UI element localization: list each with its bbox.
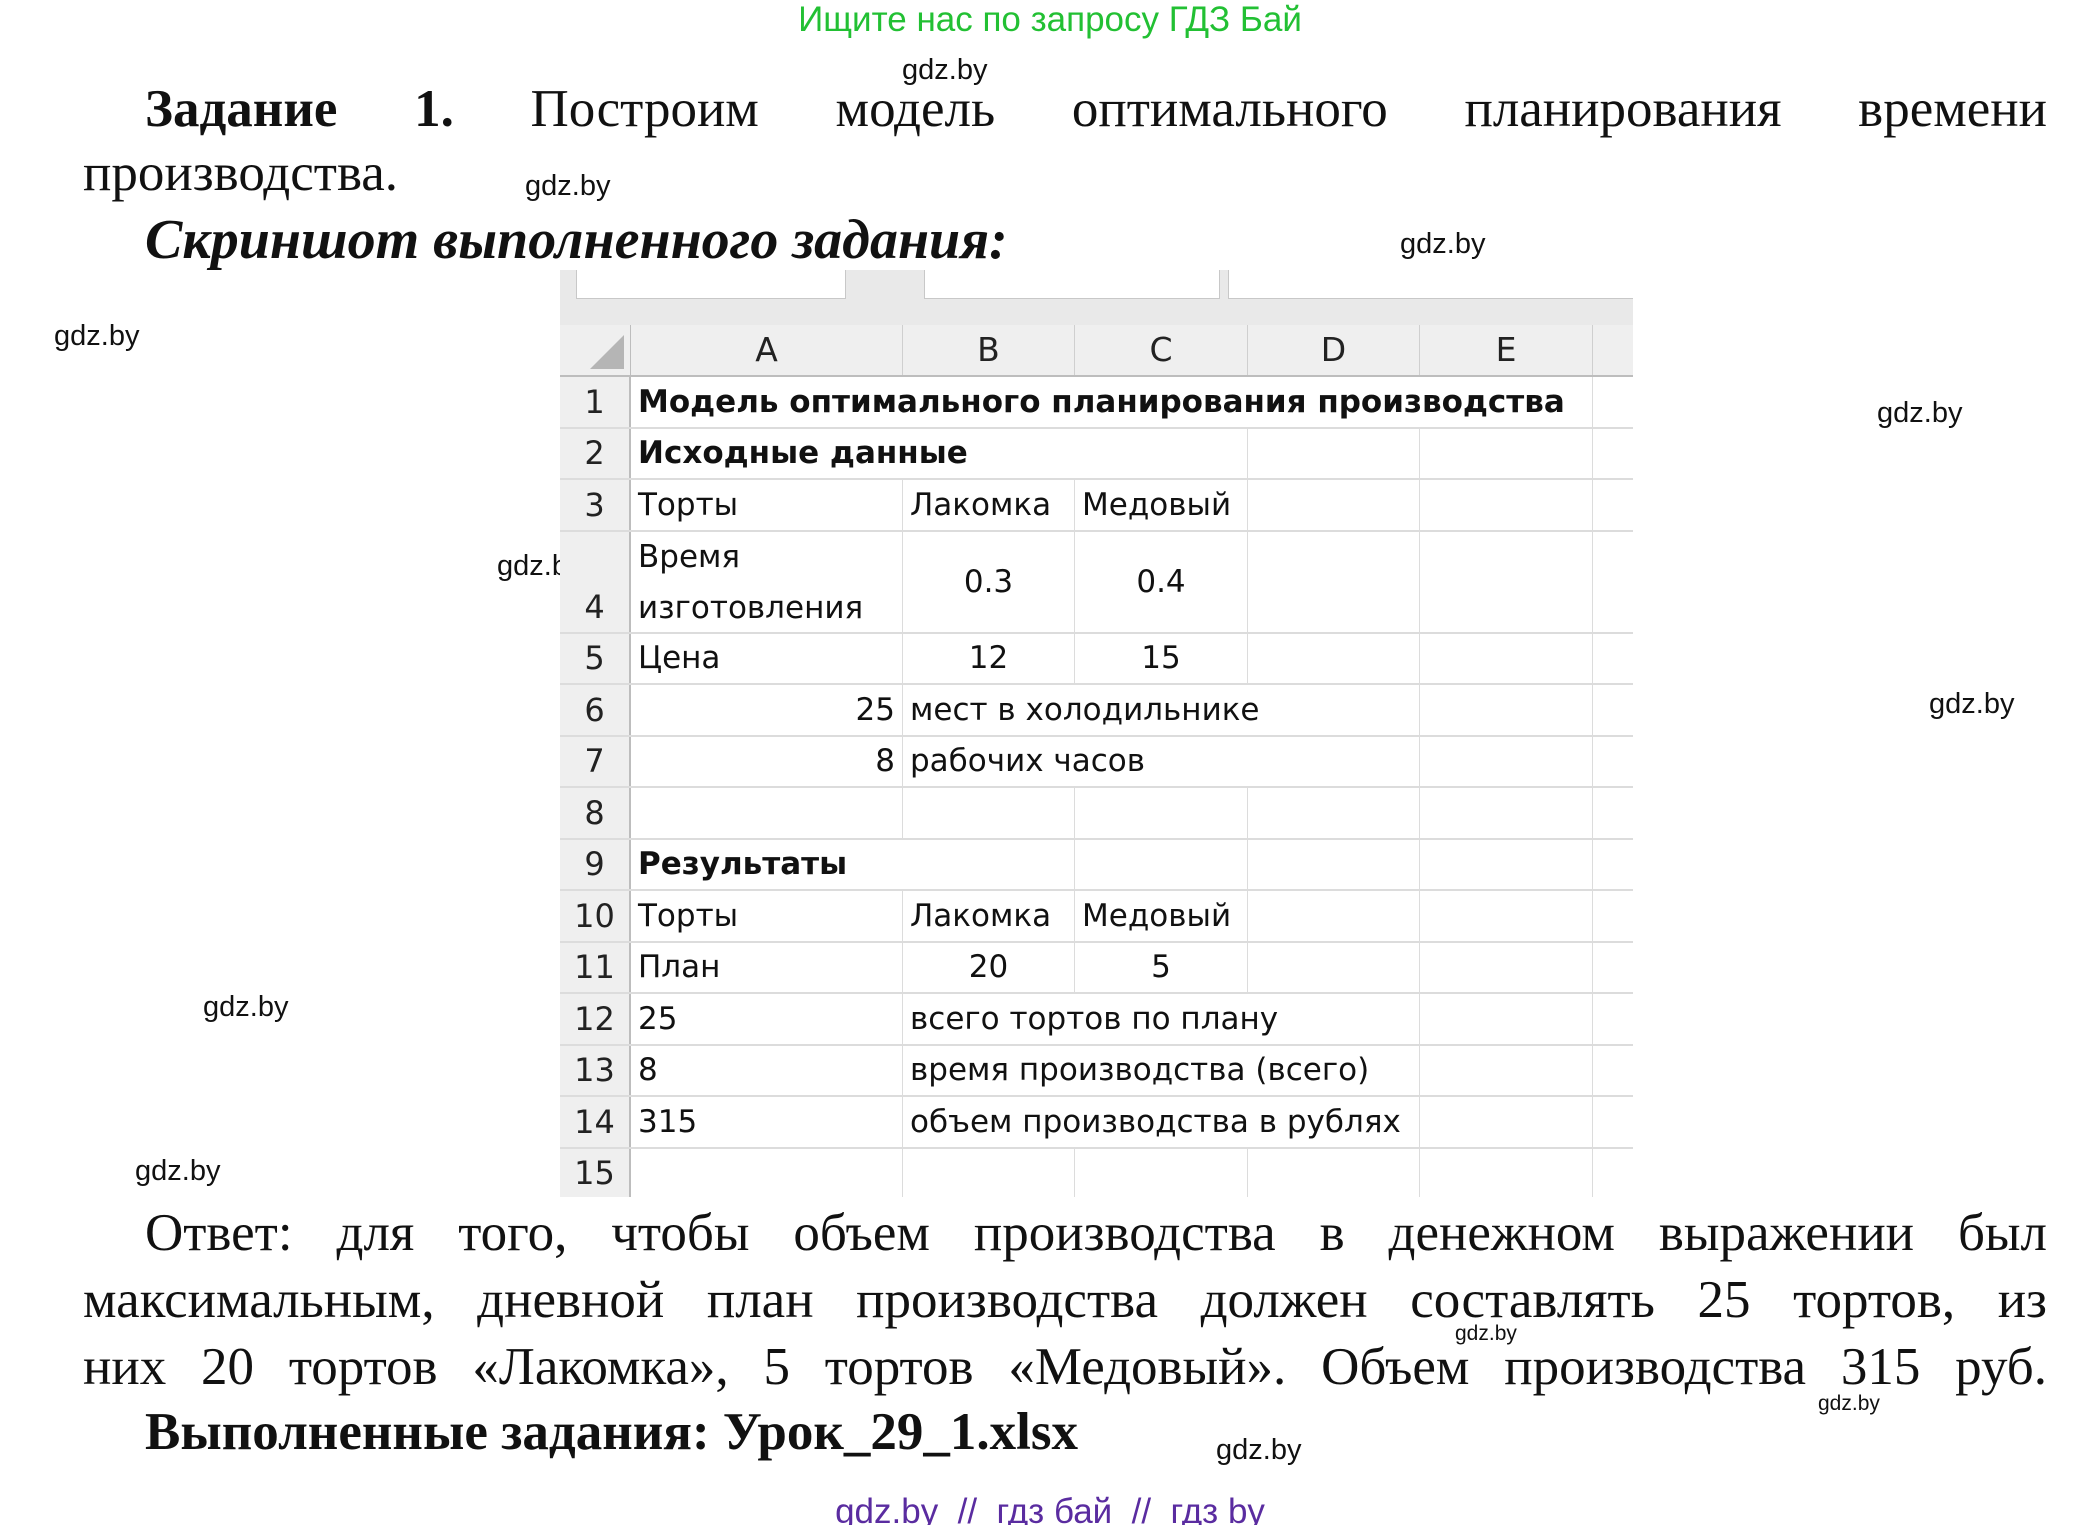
task-text: Построим модель оптимального планировани… [531,80,2048,138]
column-header-e[interactable]: E [1420,325,1593,375]
cell-f14[interactable] [1593,1097,1633,1147]
cell-a15[interactable] [631,1149,903,1198]
cell-f5[interactable] [1593,634,1633,684]
table-row: 5Цена1215 [560,634,1633,686]
table-row: 11План205 [560,943,1633,995]
cell-d11[interactable] [1248,943,1420,993]
table-row: 3ТортыЛакомкаМедовый [560,480,1633,532]
table-row: 2Исходные данные [560,429,1633,481]
cell-a2[interactable]: Исходные данные [631,429,903,479]
cell-f3[interactable] [1593,480,1633,530]
task-label: Задание 1. [145,80,454,138]
cell-e11[interactable] [1420,943,1593,993]
cell-f8[interactable] [1593,788,1633,838]
cell-e4[interactable] [1420,532,1593,632]
table-row: 625мест в холодильнике [560,685,1633,737]
cell-b1[interactable] [903,377,1075,427]
cell-b14[interactable]: объем производства в рублях [903,1097,1075,1147]
cell-e10[interactable] [1420,891,1593,941]
cell-b4[interactable]: 0.3 [903,532,1075,632]
cell-d12[interactable] [1248,994,1420,1044]
cell-a11[interactable]: План [631,943,903,993]
table-row: 138время производства (всего) [560,1046,1633,1098]
name-box[interactable] [576,270,846,299]
row-header[interactable]: 5 [560,634,631,684]
cell-a14[interactable]: 315 [631,1097,903,1147]
cell-a9[interactable]: Результаты [631,840,903,890]
select-all-corner[interactable] [560,325,631,375]
cell-b2[interactable] [903,429,1075,479]
cell-c1[interactable] [1075,377,1248,427]
cell-d8[interactable] [1248,788,1420,838]
column-headers: A B C D E [560,325,1633,377]
cell-d14[interactable] [1248,1097,1420,1147]
cell-f6[interactable] [1593,685,1633,735]
cell-b12[interactable]: всего тортов по плану [903,994,1075,1044]
cell-a5[interactable]: Цена [631,634,903,684]
cell-f9[interactable] [1593,840,1633,890]
cell-c5[interactable]: 15 [1075,634,1248,684]
cell-b7[interactable]: рабочих часов [903,737,1075,787]
cell-b5[interactable]: 12 [903,634,1075,684]
cell-f4[interactable] [1593,532,1633,632]
cell-f7[interactable] [1593,737,1633,787]
cell-e7[interactable] [1420,737,1593,787]
cell-a1[interactable]: Модель оптимального планирования произво… [631,377,903,427]
cell-c15[interactable] [1075,1149,1248,1198]
column-header-c[interactable]: C [1075,325,1248,375]
cell-d4[interactable] [1248,532,1420,632]
cell-b13[interactable]: время производства (всего) [903,1046,1075,1096]
footer-links[interactable]: gdz.by // гдз бай // гдз by [0,1492,2100,1525]
cell-d3[interactable] [1248,480,1420,530]
table-row: 14315объем производства в рублях [560,1097,1633,1149]
row-header[interactable]: 13 [560,1046,631,1096]
watermark: gdz.by [54,320,139,353]
cell-b9[interactable] [903,840,1075,890]
cell-c7[interactable] [1075,737,1248,787]
table-row: 4Время изготовления0.30.4 [560,532,1633,634]
cell-c2[interactable] [1075,429,1248,479]
cell-f12[interactable] [1593,994,1633,1044]
cell-d13[interactable] [1248,1046,1420,1096]
table-row: 78рабочих часов [560,737,1633,789]
cell-a12[interactable]: 25 [631,994,903,1044]
cell-f10[interactable] [1593,891,1633,941]
cell-d10[interactable] [1248,891,1420,941]
cell-b15[interactable] [903,1149,1075,1198]
cell-f15[interactable] [1593,1149,1633,1198]
row-header[interactable]: 2 [560,429,631,479]
table-row: 10ТортыЛакомкаМедовый [560,891,1633,943]
answer-line: максимальным, дневной план производства … [83,1267,2047,1334]
table-row: 8 [560,788,1633,840]
cell-e13[interactable] [1420,1046,1593,1096]
column-header-a[interactable]: A [631,325,903,375]
cell-c12[interactable] [1075,994,1248,1044]
row-header[interactable]: 8 [560,788,631,838]
cell-e14[interactable] [1420,1097,1593,1147]
cell-d1[interactable] [1248,377,1420,427]
watermark: gdz.by [135,1155,220,1188]
screenshot-subtitle: Скриншот выполненного задания: [145,208,1008,272]
row-header[interactable]: 4 [560,532,631,632]
cell-c8[interactable] [1075,788,1248,838]
row-header[interactable]: 12 [560,994,631,1044]
cell-e6[interactable] [1420,685,1593,735]
cell-f13[interactable] [1593,1046,1633,1096]
cell-a7[interactable]: 8 [631,737,903,787]
cell-c11[interactable]: 5 [1075,943,1248,993]
row-header[interactable]: 3 [560,480,631,530]
row-header[interactable]: 14 [560,1097,631,1147]
answer-line: Ответ: для того, чтобы объем производств… [83,1200,2047,1267]
row-header[interactable]: 7 [560,737,631,787]
cell-a6[interactable]: 25 [631,685,903,735]
cell-c9[interactable] [1075,840,1248,890]
cell-b3[interactable]: Лакомка [903,480,1075,530]
column-header-d[interactable]: D [1248,325,1420,375]
cell-d9[interactable] [1248,840,1420,890]
table-row: 9Результаты [560,840,1633,892]
watermark: gdz.by [525,170,610,203]
cell-e2[interactable] [1420,429,1593,479]
watermark: gdz.by [1216,1434,1301,1467]
task-text-continued: производства. [83,143,398,203]
cell-e3[interactable] [1420,480,1593,530]
cell-d6[interactable] [1248,685,1420,735]
cell-d15[interactable] [1248,1149,1420,1198]
cell-a10[interactable]: Торты [631,891,903,941]
row-header[interactable]: 10 [560,891,631,941]
cell-f2[interactable] [1593,429,1633,479]
task-heading: Задание 1. Построим модель оптимального … [145,76,2047,143]
answer-text: Ответ: для того, чтобы объем производств… [83,1200,2047,1401]
cell-b6[interactable]: мест в холодильнике [903,685,1075,735]
cell-c14[interactable] [1075,1097,1248,1147]
watermark: gdz.by [1929,688,2014,721]
formula-bar [560,270,1633,325]
completed-tasks: Выполненные задания: Урок_29_1.xlsx [145,1402,1078,1462]
cell-b11[interactable]: 20 [903,943,1075,993]
cell-f11[interactable] [1593,943,1633,993]
search-banner[interactable]: Ищите нас по запросу ГДЗ Бай [0,0,2100,40]
answer-line: них 20 тортов «Лакомка», 5 тортов «Медов… [83,1334,2047,1401]
cell-c3[interactable]: Медовый [1075,480,1248,530]
table-row: 1225всего тортов по плану [560,994,1633,1046]
cell-d7[interactable] [1248,737,1420,787]
cell-a3[interactable]: Торты [631,480,903,530]
watermark: gdz.by [1877,397,1962,430]
cell-d2[interactable] [1248,429,1420,479]
formula-input[interactable] [1228,270,1633,299]
cell-d5[interactable] [1248,634,1420,684]
table-row: 15 [560,1149,1633,1198]
watermark: gdz.by [1400,228,1485,261]
cell-c13[interactable] [1075,1046,1248,1096]
cell-c10[interactable]: Медовый [1075,891,1248,941]
cell-b10[interactable]: Лакомка [903,891,1075,941]
cell-e15[interactable] [1420,1149,1593,1198]
spreadsheet-screenshot: A B C D E 1Модель оптимального планирова… [560,270,1633,1197]
table-row: 1Модель оптимального планирования произв… [560,377,1633,429]
cell-e5[interactable] [1420,634,1593,684]
cell-a4[interactable]: Время изготовления [631,532,903,632]
completed-label: Выполненные задания: [145,1403,710,1461]
formula-icons-box [924,270,1220,299]
cell-f1[interactable] [1593,377,1633,427]
row-header[interactable]: 15 [560,1149,631,1198]
row-header[interactable]: 11 [560,943,631,993]
watermark: gdz.by [203,991,288,1024]
row-header[interactable]: 9 [560,840,631,890]
cell-b8[interactable] [903,788,1075,838]
cell-c6[interactable] [1075,685,1248,735]
cell-e1[interactable] [1420,377,1593,427]
completed-file-link[interactable]: Урок_29_1.xlsx [723,1403,1078,1461]
cell-a8[interactable] [631,788,903,838]
cell-e9[interactable] [1420,840,1593,890]
row-header[interactable]: 1 [560,377,631,427]
cell-e8[interactable] [1420,788,1593,838]
cell-e12[interactable] [1420,994,1593,1044]
column-header-b[interactable]: B [903,325,1075,375]
cell-a13[interactable]: 8 [631,1046,903,1096]
cell-c4[interactable]: 0.4 [1075,532,1248,632]
row-header[interactable]: 6 [560,685,631,735]
